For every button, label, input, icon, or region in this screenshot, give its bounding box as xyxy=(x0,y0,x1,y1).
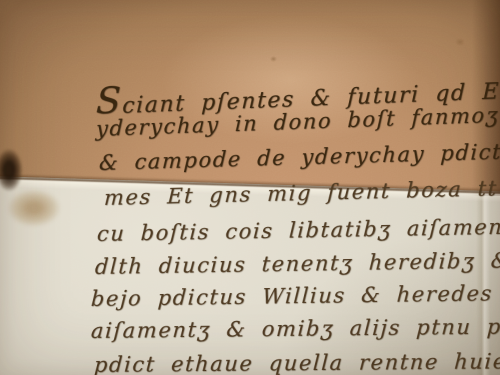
manuscript-line-2: yderychay in dono boſt fanmoʒ t xyxy=(96,102,500,141)
manuscript-line-8: aiſamentʒ & omibʒ alijs ptnu pdict t xyxy=(90,314,500,343)
manuscript-line-7: bejo pdictus Willius & heredes me xyxy=(90,281,500,311)
manuscript-line-3: & campode de yderychay pdict vol s xyxy=(98,138,500,176)
manuscript-line-1: Sciant pſentes & futuri qd Ego de xyxy=(95,62,500,124)
dark-ink-stain xyxy=(0,142,27,198)
bottom-right-shading xyxy=(280,225,500,375)
right-edge-shadow xyxy=(472,0,500,196)
fold-crease-highlight xyxy=(0,179,500,202)
parchment-lower-leaf xyxy=(0,0,500,375)
photo-vignette xyxy=(0,0,500,375)
parchment-grain-texture xyxy=(0,0,500,375)
manuscript-line-5: cu boſtis cois libtatibʒ aiſamentʒ xyxy=(96,214,500,246)
tan-water-stain xyxy=(0,184,68,232)
parchment-speck xyxy=(455,38,465,46)
parchment-upper-fold xyxy=(0,0,500,375)
light-glow xyxy=(130,0,450,160)
parchment-speck xyxy=(270,56,277,62)
manuscript-line-4: mes Et gns mig fuent boza tt xyxy=(103,176,498,210)
manuscript-photo: Sciant pſentes & futuri qd Ego de yderyc… xyxy=(0,0,500,375)
manuscript-text-block: Sciant pſentes & futuri qd Ego de yderyc… xyxy=(0,0,500,375)
vertical-crease xyxy=(476,188,490,375)
fold-crease xyxy=(0,173,500,194)
manuscript-line-6: dlth diucius tenentʒ heredibʒ & aſſi xyxy=(94,248,500,279)
manuscript-line-9: pdict ethaue quella rentne huies t xyxy=(93,349,500,375)
